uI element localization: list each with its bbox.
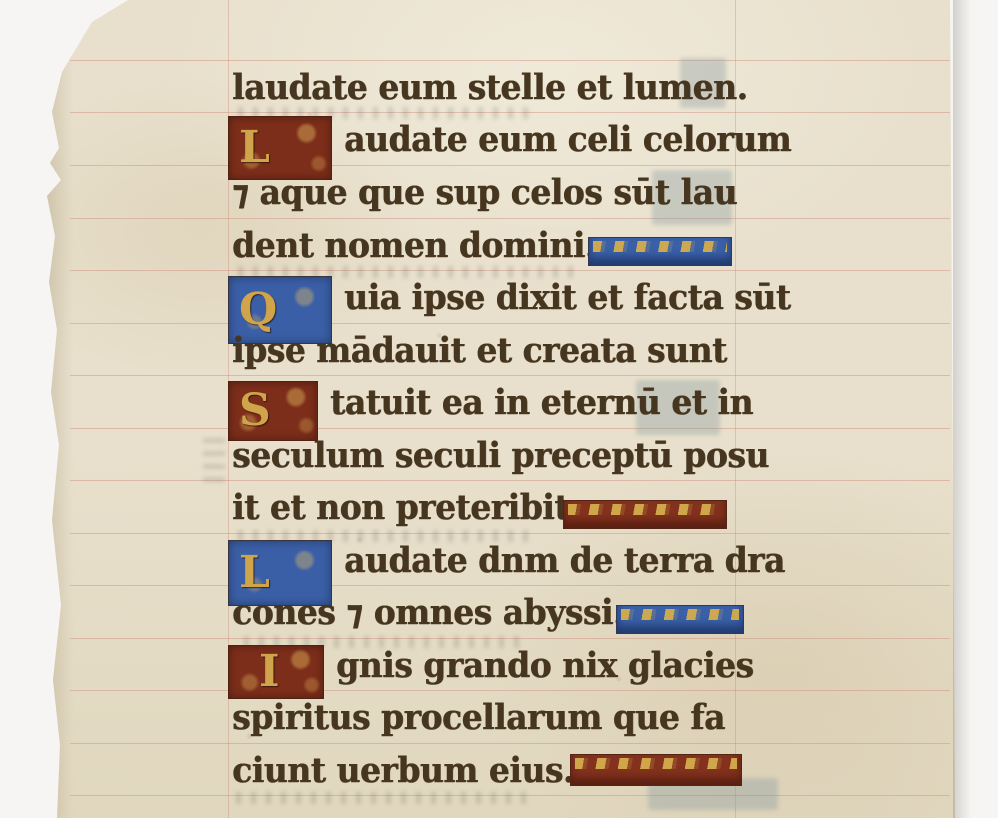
line-text: seculum seculi preceptū posu	[232, 434, 769, 475]
manuscript-line: uia ipse dixit et facta sūt	[0, 276, 998, 328]
filler-gold-ornament	[568, 504, 722, 515]
line-text: audate dnm de terra dra	[344, 539, 785, 580]
manuscript-line: dent nomen domini.	[0, 224, 998, 276]
photo-backing: L Q S L I laudate eum stelle et lumen. a…	[0, 0, 998, 818]
manuscript-line: seculum seculi preceptū posu	[0, 434, 998, 486]
line-filler-blue-gold	[588, 237, 732, 266]
line-text: audate eum celi celorum	[344, 118, 791, 159]
line-filler-red-gold	[563, 500, 727, 529]
manuscript-line: tatuit ea in eternū et in	[0, 381, 998, 433]
manuscript-line: it et non preteribit.	[0, 486, 998, 538]
filler-gold-ornament	[593, 241, 727, 252]
line-text: uia ipse dixit et facta sūt	[344, 276, 790, 317]
line-text: ciunt uerbum eius.	[232, 749, 574, 790]
line-text: ⁊ aque que sup celos sūt lau	[232, 171, 737, 212]
manuscript-line: gnis grando nix glacies	[0, 644, 998, 696]
filler-gold-ornament	[575, 758, 737, 769]
line-text: cones ⁊ omnes abyssi.	[232, 591, 624, 632]
filler-gold-ornament	[621, 609, 739, 620]
manuscript-leaf: L Q S L I laudate eum stelle et lumen. a…	[0, 0, 998, 818]
manuscript-line: cones ⁊ omnes abyssi.	[0, 591, 998, 643]
ruling-line	[70, 60, 950, 61]
manuscript-line: audate dnm de terra dra	[0, 539, 998, 591]
manuscript-line: laudate eum stelle et lumen.	[0, 66, 998, 118]
manuscript-line: ipse mādauit et creata sunt	[0, 329, 998, 381]
line-text: tatuit ea in eternū et in	[330, 381, 753, 422]
leaf-right-edge-shadow	[953, 0, 971, 818]
manuscript-line: spiritus procellarum que fa	[0, 696, 998, 748]
line-text: spiritus procellarum que fa	[232, 696, 725, 737]
manuscript-line: ciunt uerbum eius.	[0, 749, 998, 801]
line-filler-blue-gold	[616, 605, 744, 634]
line-text: laudate eum stelle et lumen.	[232, 66, 748, 107]
line-text: gnis grando nix glacies	[336, 644, 753, 685]
line-text: it et non preteribit.	[232, 486, 580, 527]
line-text: ipse mādauit et creata sunt	[232, 329, 727, 370]
manuscript-line: audate eum celi celorum	[0, 118, 998, 170]
line-filler-red-gold	[570, 754, 742, 786]
manuscript-line: ⁊ aque que sup celos sūt lau	[0, 171, 998, 223]
line-text: dent nomen domini.	[232, 224, 596, 265]
